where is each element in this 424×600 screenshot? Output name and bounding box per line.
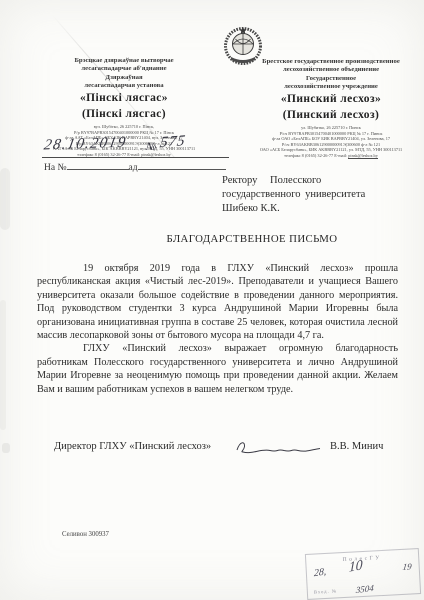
org-line: лесохозяйственное объединение	[238, 66, 424, 74]
date-underline-rule	[42, 157, 229, 158]
letter-title: БЛАГОДАРСТВЕННОЕ ПИСЬМО	[80, 233, 424, 245]
email-text: pinsk@leshoz.by	[348, 153, 378, 159]
org-line: Дзяржаўная	[28, 74, 220, 82]
org-line: лесагаспадарчае аб'яднанне	[28, 65, 220, 73]
addressee-block: Ректору Полесского государственного унив…	[222, 174, 410, 217]
reply-date-blank	[138, 160, 226, 170]
org-line: Государственное	[238, 75, 424, 83]
executor-note: Селивон 300937	[62, 531, 109, 538]
handwritten-date: 28.10.2019	[43, 135, 128, 155]
address-block: ул. Шубитко, 26 225710 г. Пинск Р/сч BY9…	[238, 125, 424, 158]
number-sign: №	[145, 141, 157, 153]
reply-number-blank	[67, 160, 129, 170]
paragraph: 19 октября 2019 года в ГЛХУ «Пинский лес…	[37, 262, 398, 342]
org-line: лесохозяйственное учреждение	[238, 83, 424, 91]
stamp-handwritten-number: 3504	[356, 583, 374, 595]
reply-no-label: На №	[44, 163, 67, 173]
signature-name: В.В. Минич	[330, 441, 383, 452]
incoming-stamp: ПолесГУ Вход. № 28, 10 19 3504	[305, 548, 421, 600]
signature-position-title: Директор ГЛХУ «Пинский лесхоз»	[54, 441, 211, 452]
reply-reference-line: На №ад	[44, 160, 226, 173]
letter-body: 19 октября 2019 года в ГЛХУ «Пинский лес…	[37, 262, 398, 396]
institution-name: «Пінскі лясгас»	[28, 92, 220, 106]
scan-smudge	[2, 443, 10, 453]
addressee-line: государственного университета	[222, 188, 410, 202]
org-line: лесагаспадарчая установа	[28, 82, 220, 90]
institution-name-paren: (Пінскі лясгас)	[28, 108, 220, 122]
handwritten-outgoing-number: 575	[159, 133, 187, 152]
institution-name-paren: (Пинский лесхоз)	[238, 109, 424, 123]
stamp-incoming-label: Вход. №	[314, 588, 338, 594]
director-signature	[232, 439, 324, 456]
scan-smudge	[0, 300, 6, 430]
stamp-handwritten-day: 28,	[314, 566, 327, 579]
stamp-handwritten-month: 10	[349, 558, 363, 577]
letterhead-right: Брестское государственное производственн…	[238, 58, 424, 158]
address-line-email: телефакс 8 (0165) 32-26-77 E-mail: pinsk…	[238, 153, 424, 159]
scanned-letter-page: Брэсцкае дзяржаўнае вытворчае лесагаспад…	[0, 0, 424, 600]
paragraph: ГЛХУ «Пинский лесхоз» выражает огромную …	[37, 342, 398, 396]
scan-smudge	[0, 168, 10, 230]
addressee-line: Ректору Полесского	[222, 174, 410, 188]
reply-from-label: ад	[129, 163, 138, 173]
org-line: Брестское государственное производственн…	[238, 58, 424, 66]
org-line: Брэсцкае дзяржаўнае вытворчае	[28, 57, 220, 65]
institution-name: «Пинский лесхоз»	[238, 93, 424, 107]
stamp-handwritten-year: 19	[402, 561, 412, 572]
addressee-line: Шибеко К.К.	[222, 202, 410, 216]
